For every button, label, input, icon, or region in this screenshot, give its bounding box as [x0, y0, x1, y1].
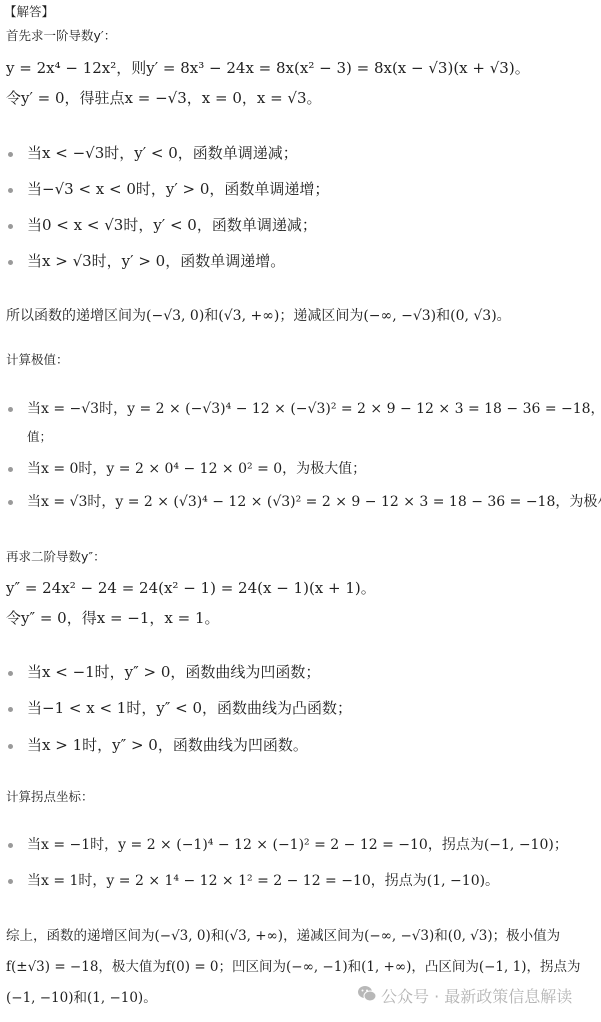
list-item: 当x > √3时，y′ > 0，函数单调递增。	[6, 251, 285, 273]
bullet-icon	[8, 224, 13, 229]
list-item: 当−√3 < x < 0时，y′ > 0，函数单调递增；	[6, 179, 329, 201]
bullet-icon	[8, 500, 13, 505]
critical-points: 令y′ = 0，得驻点x = −√3，x = 0，x = √3。	[6, 88, 322, 108]
monotonic-summary: 所以函数的递增区间为(−√3, 0)和(√3, +∞)；递减区间为(−∞, −√…	[6, 306, 511, 326]
list-item: 当x < −√3时，y′ < 0，函数单调递减；	[6, 143, 298, 165]
bullet-icon	[8, 879, 13, 884]
list-item: 当x = 1时，y = 2 × 1⁴ − 12 × 1² = 2 − 12 = …	[6, 871, 499, 892]
heading: 【解答】	[4, 2, 54, 22]
watermark: 公众号 · 最新政策信息解读	[357, 985, 572, 1010]
bullet-icon	[8, 843, 13, 848]
list-item: 当−1 < x < 1时，y″ < 0，函数曲线为凸函数；	[6, 698, 352, 720]
bullet-icon	[8, 707, 13, 712]
list-item: 当x = √3时，y = 2 × (√3)⁴ − 12 × (√3)² = 2 …	[6, 492, 601, 513]
conclusion-line-1: 综上，函数的递增区间为(−√3, 0)和(√3, +∞)，递减区间为(−∞, −…	[6, 926, 560, 946]
list-item: 当x = −√3时，y = 2 × (−√3)⁴ − 12 × (−√3)² =…	[6, 399, 601, 420]
second-derivative-intro: 再求二阶导数y″：	[6, 547, 106, 567]
second-derivative-zeros: 令y″ = 0，得x = −1，x = 1。	[6, 608, 220, 628]
wechat-icon	[357, 985, 377, 1010]
conclusion-line-2: f(±√3) = −18，极大值为f(0) = 0；凹区间为(−∞, −1)和(…	[6, 957, 580, 977]
bullet-icon	[8, 407, 13, 412]
bullet-icon	[8, 467, 13, 472]
list-item: 当x = −1时，y = 2 × (−1)⁴ − 12 × (−1)² = 2 …	[6, 835, 568, 856]
bullet-icon	[8, 744, 13, 749]
list-item: 当0 < x < √3时，y′ < 0，函数单调递减；	[6, 215, 317, 237]
list-item: 当x > 1时，y″ > 0，函数曲线为凹函数。	[6, 735, 308, 757]
first-derivative-formula: y = 2x⁴ − 12x²，则y′ = 8x³ − 24x = 8x(x² −…	[6, 58, 530, 78]
conclusion-line-3: (−1, −10)和(1, −10)。	[6, 988, 157, 1008]
inflection-title: 计算拐点坐标：	[6, 787, 94, 807]
first-derivative-intro: 首先求一阶导数y′：	[6, 26, 116, 46]
list-item-continuation: 值；	[27, 427, 52, 447]
bullet-icon	[8, 152, 13, 157]
bullet-icon	[8, 260, 13, 265]
watermark-text: 公众号 · 最新政策信息解读	[381, 987, 572, 1006]
list-item: 当x = 0时，y = 2 × 0⁴ − 12 × 0² = 0，为极大值；	[6, 459, 366, 480]
bullet-icon	[8, 188, 13, 193]
list-item: 当x < −1时，y″ > 0，函数曲线为凹函数；	[6, 662, 320, 684]
second-derivative-formula: y″ = 24x² − 24 = 24(x² − 1) = 24(x − 1)(…	[6, 578, 376, 598]
bullet-icon	[8, 671, 13, 676]
extrema-title: 计算极值：	[6, 350, 69, 370]
